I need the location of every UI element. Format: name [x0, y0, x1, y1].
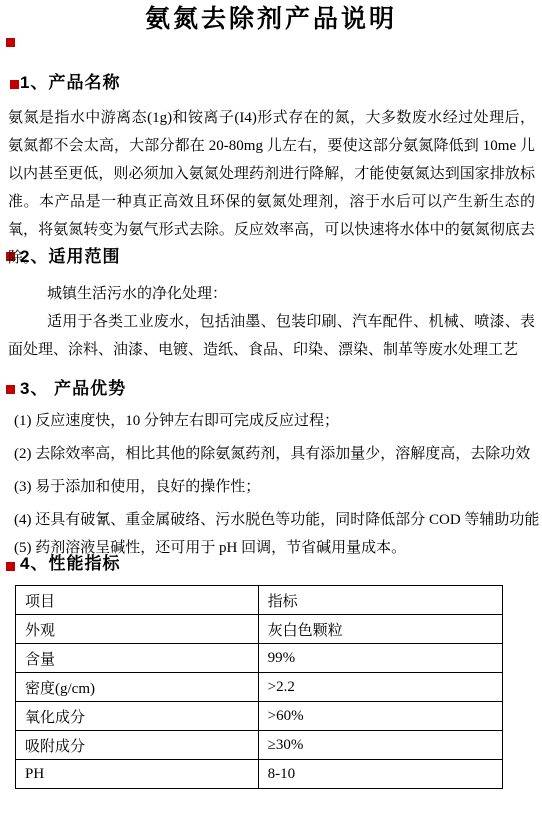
section-4-heading: 4、性能指标 — [20, 553, 120, 575]
table-cell-value: 8-10 — [258, 760, 502, 789]
table-cell-value: 99% — [258, 644, 502, 673]
advantage-item-3: (3) 易于添加和使用，良好的操作性； — [14, 477, 541, 497]
table-row: 氧化成分 >60% — [16, 702, 503, 731]
table-cell-value: >60% — [258, 702, 502, 731]
table-row: 密度(g/cm) >2.2 — [16, 673, 503, 702]
page-title: 氨氮去除剂产品说明 — [0, 4, 542, 34]
document-page: 氨氮去除剂产品说明 1、产品名称 氨氮是指水中游离态(1g)和铵离子(I4)形式… — [0, 0, 542, 832]
table-row: PH 8-10 — [16, 760, 503, 789]
table-row: 含量 99% — [16, 644, 503, 673]
section-marker-icon — [6, 38, 15, 47]
table-header-value: 指标 — [258, 586, 502, 615]
advantage-item-2: (2) 去除效率高，相比其他的除氨氮药剂，具有添加量少，溶解度高，去除功效 — [14, 444, 541, 464]
section-marker-icon — [6, 385, 15, 394]
table-cell-label: 密度(g/cm) — [16, 673, 259, 702]
table-row: 外观 灰白色颗粒 — [16, 615, 503, 644]
spec-table: 项目 指标 外观 灰白色颗粒 含量 99% 密度(g/cm) >2.2 氧化成分… — [15, 585, 503, 789]
table-cell-value: ≥30% — [258, 731, 502, 760]
scope-line-industrial: 适用于各类工业废水，包括油墨、包装印刷、汽车配件、机械、喷漆、表面处理、涂料、油… — [8, 308, 535, 364]
table-cell-label: 含量 — [16, 644, 259, 673]
section-2-heading: 2、适用范围 — [20, 246, 120, 268]
table-cell-label: 外观 — [16, 615, 259, 644]
table-row: 吸附成分 ≥30% — [16, 731, 503, 760]
section-3-heading: 3、 产品优势 — [20, 378, 126, 400]
table-cell-label: PH — [16, 760, 259, 789]
table-cell-value: >2.2 — [258, 673, 502, 702]
advantage-item-1: (1) 反应速度快，10 分钟左右即可完成反应过程； — [14, 411, 541, 431]
table-header-item: 项目 — [16, 586, 259, 615]
scope-line-sewage: 城镇生活污水的净化处理： — [8, 282, 535, 306]
table-header-row: 项目 指标 — [16, 586, 503, 615]
section-marker-icon — [6, 562, 15, 571]
section-1-heading: 1、产品名称 — [20, 72, 120, 94]
table-cell-label: 氧化成分 — [16, 702, 259, 731]
table-cell-value: 灰白色颗粒 — [258, 615, 502, 644]
advantage-item-4: (4) 还具有破氰、重金属破络、污水脱色等功能，同时降低部分 COD 等辅助功能 — [14, 510, 541, 530]
table-cell-label: 吸附成分 — [16, 731, 259, 760]
section-marker-icon — [10, 80, 19, 89]
